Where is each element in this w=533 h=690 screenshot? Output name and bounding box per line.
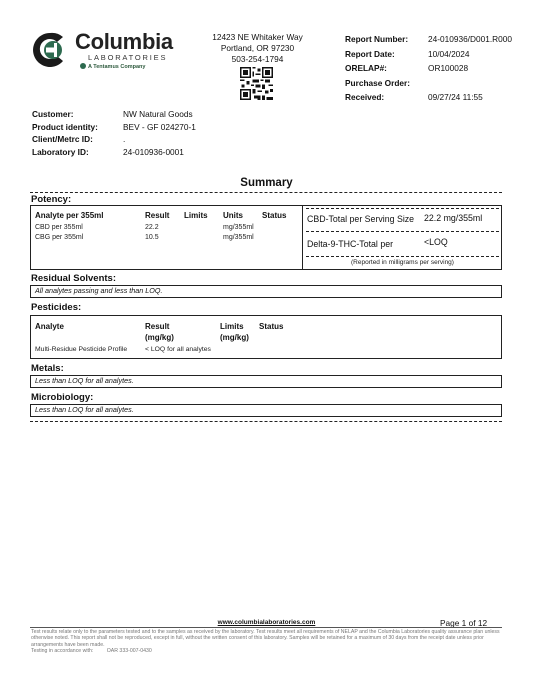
potency-row-result: 22.2 (145, 224, 159, 231)
potency-row-units: mg/355ml (223, 234, 254, 241)
divider (30, 627, 502, 628)
potency-row-analyte: CBD per 355ml (35, 224, 83, 231)
testing-accordance: Testing in accordance with: OAR 333-007-… (31, 648, 501, 654)
laboratory-id-row: Laboratory ID: 24-010936-0001 (32, 146, 196, 159)
potency-row-analyte: CBG per 355ml (35, 234, 83, 241)
col-analyte: Analyte (35, 321, 64, 332)
meta-purchase-order: Purchase Order: (345, 76, 512, 91)
logo-name: Columbia (75, 30, 173, 54)
col-result: Result (mg/kg) (145, 321, 174, 343)
residual-solvents-heading: Residual Solvents: (31, 273, 116, 284)
col-analyte: Analyte per 355ml (35, 211, 103, 220)
potency-row-units: mg/355ml (223, 224, 254, 231)
address-phone: 503-254-1794 (195, 54, 320, 65)
metals-result: Less than LOQ for all analytes. (30, 375, 502, 388)
cbd-total-label: CBD-Total per Serving Size (307, 214, 414, 224)
divider (306, 208, 499, 209)
meta-report-number: Report Number: 24-010936/D001.R000 (345, 32, 512, 47)
residual-solvents-result: All analytes passing and less than LOQ. (30, 285, 502, 298)
logo-tagline: A Tentamus Company (80, 63, 145, 70)
meta-orelap: ORELAP#: OR100028 (345, 61, 512, 76)
col-units: Units (223, 211, 243, 220)
client-metrc-row: Client/Metrc ID: . (32, 133, 196, 146)
divider (30, 192, 502, 193)
meta-received: Received: 09/27/24 11:55 (345, 90, 512, 105)
divider (30, 421, 502, 422)
col-limits: Limits (184, 211, 208, 220)
col-status: Status (262, 211, 286, 220)
lab-address: 12423 NE Whitaker Way Portland, OR 97230… (195, 32, 320, 65)
footer-disclaimer: Test results relate only to the paramete… (31, 629, 501, 655)
metals-heading: Metals: (31, 363, 64, 374)
customer-row: Customer: NW Natural Goods (32, 108, 196, 121)
microbiology-heading: Microbiology: (31, 392, 93, 403)
col-limits: Limits (mg/kg) (220, 321, 249, 343)
thc-total-value: <LOQ (424, 237, 448, 247)
pesticides-table: Analyte Result (mg/kg) Limits (mg/kg) St… (30, 315, 502, 359)
address-city: Portland, OR 97230 (195, 43, 320, 54)
microbiology-result: Less than LOQ for all analytes. (30, 404, 502, 417)
potency-table: Analyte per 355ml Result Limits Units St… (30, 205, 502, 270)
pesticide-row-analyte: Multi-Residue Pesticide Profile (35, 346, 127, 353)
cbd-total-value: 22.2 mg/355ml (424, 213, 482, 223)
logo-subtitle: LABORATORIES (88, 53, 167, 62)
col-result: Result (145, 211, 169, 220)
potency-heading: Potency: (31, 194, 71, 205)
potency-row-result: 10.5 (145, 234, 159, 241)
col-status: Status (259, 321, 283, 332)
customer-info: Customer: NW Natural Goods Product ident… (32, 108, 196, 158)
summary-title: Summary (0, 177, 533, 189)
meta-report-date: Report Date: 10/04/2024 (345, 47, 512, 62)
divider (306, 231, 499, 232)
potency-results: Analyte per 355ml Result Limits Units St… (31, 206, 303, 269)
product-identity-row: Product identity: BEV - GF 024270-1 (32, 121, 196, 134)
columbia-logo-icon (30, 30, 70, 70)
address-street: 12423 NE Whitaker Way (195, 32, 320, 43)
pesticides-heading: Pesticides: (31, 302, 81, 313)
report-meta: Report Number: 24-010936/D001.R000 Repor… (345, 32, 512, 105)
serving-note: (Reported in milligrams per serving) (304, 259, 501, 266)
thc-total-label: Delta-9-THC-Total per (307, 239, 393, 249)
serving-summary: CBD-Total per Serving Size 22.2 mg/355ml… (304, 206, 501, 269)
divider (306, 256, 499, 257)
qr-code-icon (240, 67, 273, 100)
pesticide-row-result: < LOQ for all analytes (145, 346, 211, 353)
company-logo: Columbia LABORATORIES A Tentamus Company (30, 30, 190, 70)
